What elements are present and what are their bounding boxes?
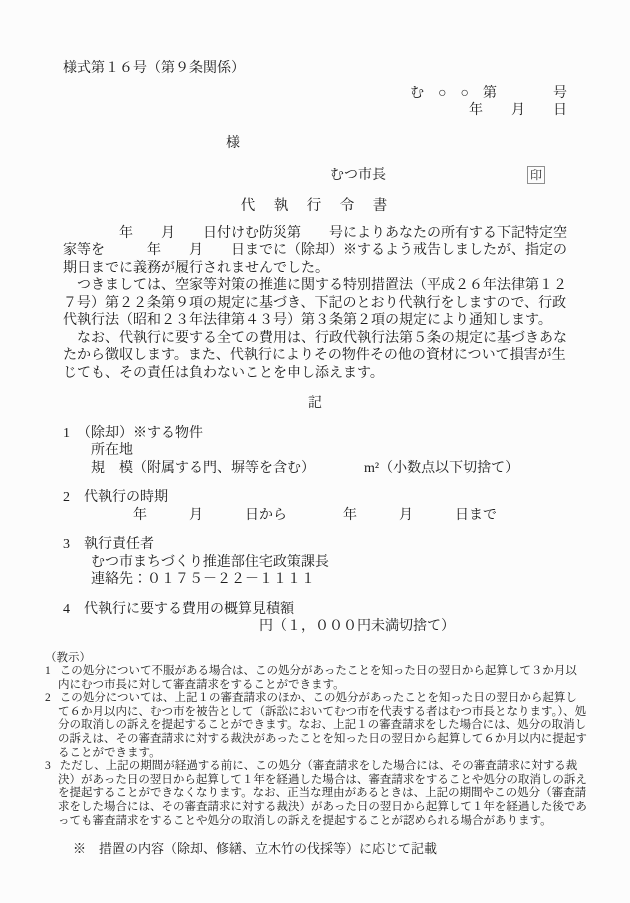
item-2-period: 2 代執行の時期 年 月 日から 年 月 日まで [63, 489, 567, 524]
item-3-heading: 3 執行責任者 [63, 536, 567, 554]
date-line: 年 月 日 [63, 102, 567, 120]
document-content: 様式第１６号（第９条関係） む ○ ○ 第 号 年 月 日 様 むつ市長 印 代… [0, 0, 630, 858]
kyoji-item-3-text: ただし、上記の期間が経過する前に、この処分（審査請求をした場合には、その審査請求… [58, 760, 587, 826]
kyoji-item-2-text: この処分については、上記１の審査請求のほか、この処分があったことを知った日の翌日… [58, 692, 587, 758]
issuer-row: むつ市長 印 [63, 167, 567, 185]
kyoji-item-1-text: この処分について不服がある場合は、この処分があったことを知った日の翌日から起算し… [58, 665, 577, 691]
ki-marker: 記 [63, 395, 567, 413]
item-3-officer: 3 執行責任者 むつ市まちづくり推進部住宅政策課長 連絡先：０１７５－２２－１１… [63, 536, 567, 589]
item-1-property: 1 （除却）※する物件 所在地 規 模（附属する門、塀等を含む） m²（小数点以… [63, 425, 567, 478]
item-4-heading: 4 代執行に要する費用の概算見積額 [63, 601, 567, 619]
item-1-location: 所在地 [63, 442, 567, 460]
body-paragraph-3: なお、代執行に要する全ての費用は、行政代執行法第５条の規定に基づきあなたから徴収… [63, 330, 567, 383]
form-number: 様式第１６号（第９条関係） [63, 60, 567, 78]
kyoji-item-2: 2この処分については、上記１の審査請求のほか、この処分があったことを知った日の翌… [45, 692, 587, 760]
footnote: ※ 措置の内容（除却、修繕、立木竹の伐採等）に応じて記載 [63, 840, 567, 858]
item-2-dates: 年 月 日から 年 月 日まで [63, 507, 567, 525]
kyoji-heading: （教示） [45, 652, 587, 666]
document-number-line: む ○ ○ 第 号 [63, 85, 567, 103]
body-paragraph-2: つきましては、空家等対策の推進に関する特別措置法（平成２６年法律第１２７号）第２… [63, 277, 567, 330]
body-text: 年 月 日付けむ防災第 号によりあなたの所有する下記特定空家等を 年 月 日まで… [63, 225, 567, 383]
item-2-heading: 2 代執行の時期 [63, 489, 567, 507]
item-1-heading: 1 （除却）※する物件 [63, 425, 567, 443]
issuer-name: むつ市長 [330, 168, 386, 183]
kyoji-item-3: 3ただし、上記の期間が経過する前に、この処分（審査請求をした場合には、その審査請… [45, 760, 587, 828]
seal-stamp: 印 [527, 166, 545, 184]
document-title: 代 執 行 令 書 [63, 198, 567, 216]
body-paragraph-1: 年 月 日付けむ防災第 号によりあなたの所有する下記特定空家等を 年 月 日まで… [63, 225, 567, 278]
item-3-officer-title: むつ市まちづくり推進部住宅政策課長 [63, 554, 567, 572]
item-1-scale: 規 模（附属する門、塀等を含む） m²（小数点以下切捨て） [63, 460, 567, 478]
kyoji-item-1-number: 1 [45, 665, 51, 677]
kyoji-item-1: 1この処分について不服がある場合は、この処分があったことを知った日の翌日から起算… [45, 665, 587, 692]
addressee-line: 様 [63, 135, 567, 153]
document-page: 様式第１６号（第９条関係） む ○ ○ 第 号 年 月 日 様 むつ市長 印 代… [0, 0, 630, 903]
kyoji-item-3-number: 3 [45, 760, 51, 772]
item-3-contact: 連絡先：０１７５－２２－１１１１ [63, 571, 567, 589]
item-4-cost: 4 代執行に要する費用の概算見積額 円（１，０００円未満切捨て） [63, 601, 567, 636]
kyoji-section: （教示） 1この処分について不服がある場合は、この処分があったことを知った日の翌… [45, 652, 587, 829]
kyoji-item-2-number: 2 [45, 692, 51, 704]
item-4-amount: 円（１，０００円未満切捨て） [63, 618, 567, 636]
